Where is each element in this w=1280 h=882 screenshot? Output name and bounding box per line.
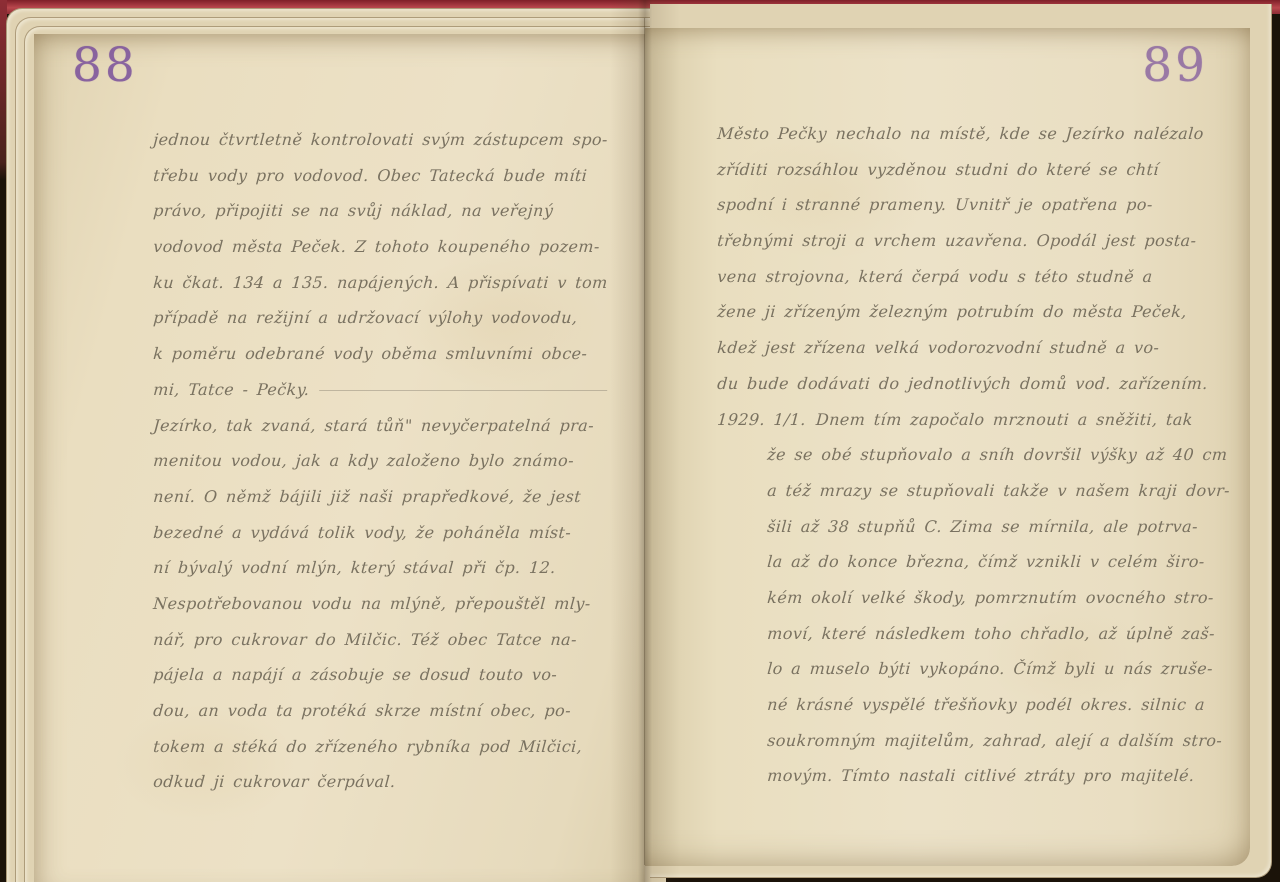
manuscript-line-dated: 1929. 1/1.Dnem tím započalo mrznouti a s… [716, 402, 1204, 438]
manuscript-line: třebu vody pro vodovod. Obec Tatecká bud… [152, 158, 640, 194]
manuscript-line: šili až 38 stupňů C. Zima se mírnila, al… [716, 509, 1204, 545]
entry-date: 1929. 1/1. [717, 410, 807, 429]
page-number-stamp-right: 89 [1142, 38, 1208, 93]
manuscript-line: případě na režijní a udržovací výlohy vo… [152, 300, 640, 336]
ruled-line [319, 390, 607, 391]
manuscript-line: vodovod města Peček. Z tohoto koupeného … [152, 229, 640, 265]
manuscript-line: du bude dodávati do jednotlivých domů vo… [716, 366, 1204, 402]
manuscript-line: bezedné a vydává tolik vody, že poháněla… [152, 515, 640, 551]
manuscript-line: spodní i stranné prameny. Uvnitř je opat… [716, 187, 1204, 223]
manuscript-line: la až do konce března, čímž vznikli v ce… [716, 544, 1204, 580]
right-page-text-block: Město Pečky nechalo na místě, kde se Jez… [716, 116, 1202, 794]
manuscript-line: moví, které následkem toho chřadlo, až ú… [716, 616, 1204, 652]
manuscript-line: jednou čtvrtletně kontrolovati svým zást… [152, 122, 640, 158]
left-page: 88 jednou čtvrtletně kontrolovati svým z… [34, 34, 645, 882]
manuscript-line: vena strojovna, která čerpá vodu s této … [716, 259, 1204, 295]
manuscript-line: pájela a napájí a zásobuje se dosud tout… [152, 657, 640, 693]
manuscript-line: třebnými stroji a vrchem uzavřena. Opodá… [716, 223, 1204, 259]
manuscript-line: kém okolí velké škody, pomrznutím ovocné… [716, 580, 1204, 616]
manuscript-line: k poměru odebrané vody oběma smluvními o… [152, 336, 640, 372]
manuscript-line: není. O němž bájili již naši prapředkové… [152, 479, 640, 515]
manuscript-line: a též mrazy se stupňovali takže v našem … [716, 473, 1204, 509]
manuscript-line-text: mi, Tatce - Pečky. [153, 380, 311, 399]
right-page: 89 Město Pečky nechalo na místě, kde se … [645, 28, 1250, 866]
manuscript-line: dou, an voda ta protéká skrze místní obe… [152, 693, 640, 729]
manuscript-line: tokem a stéká do zřízeného rybníka pod M… [152, 729, 640, 765]
manuscript-line: že se obé stupňovalo a sníh dovršil výšk… [716, 437, 1204, 473]
manuscript-line: mi, Tatce - Pečky. [152, 372, 640, 408]
manuscript-line: ní bývalý vodní mlýn, který stával při č… [152, 550, 640, 586]
manuscript-line: movým. Tímto nastali citlivé ztráty pro … [716, 758, 1204, 794]
manuscript-line: soukromným majitelům, zahrad, alejí a da… [716, 723, 1204, 759]
manuscript-line: Město Pečky nechalo na místě, kde se Jez… [716, 116, 1204, 152]
manuscript-line: žene ji zřízeným železným potrubím do mě… [716, 294, 1204, 330]
left-page-text-block: jednou čtvrtletně kontrolovati svým zást… [152, 122, 638, 800]
manuscript-line: kdež jest zřízena velká vodorozvodní stu… [716, 330, 1204, 366]
manuscript-line: né krásné vyspělé třešňovky podél okres.… [716, 687, 1204, 723]
page-number-stamp-left: 88 [72, 38, 138, 93]
manuscript-line: lo a muselo býti vykopáno. Čímž byli u n… [716, 651, 1204, 687]
manuscript-line: právo, připojiti se na svůj náklad, na v… [152, 193, 640, 229]
manuscript-line: zříditi rozsáhlou vyzděnou studni do kte… [716, 152, 1204, 188]
manuscript-line: Nespotřebovanou vodu na mlýně, přepouště… [152, 586, 640, 622]
manuscript-line: ku čkat. 134 a 135. napájených. A přispí… [152, 265, 640, 301]
manuscript-line: nář, pro cukrovar do Milčic. Též obec Ta… [152, 622, 640, 658]
book-scan: 88 jednou čtvrtletně kontrolovati svým z… [0, 0, 1280, 882]
manuscript-line: odkud ji cukrovar čerpával. [152, 764, 640, 800]
manuscript-line-text: Dnem tím započalo mrznouti a sněžiti, ta… [815, 410, 1193, 429]
manuscript-line: Jezírko, tak zvaná, stará tůň" nevyčerpa… [152, 408, 640, 444]
manuscript-line: menitou vodou, jak a kdy založeno bylo z… [152, 443, 640, 479]
